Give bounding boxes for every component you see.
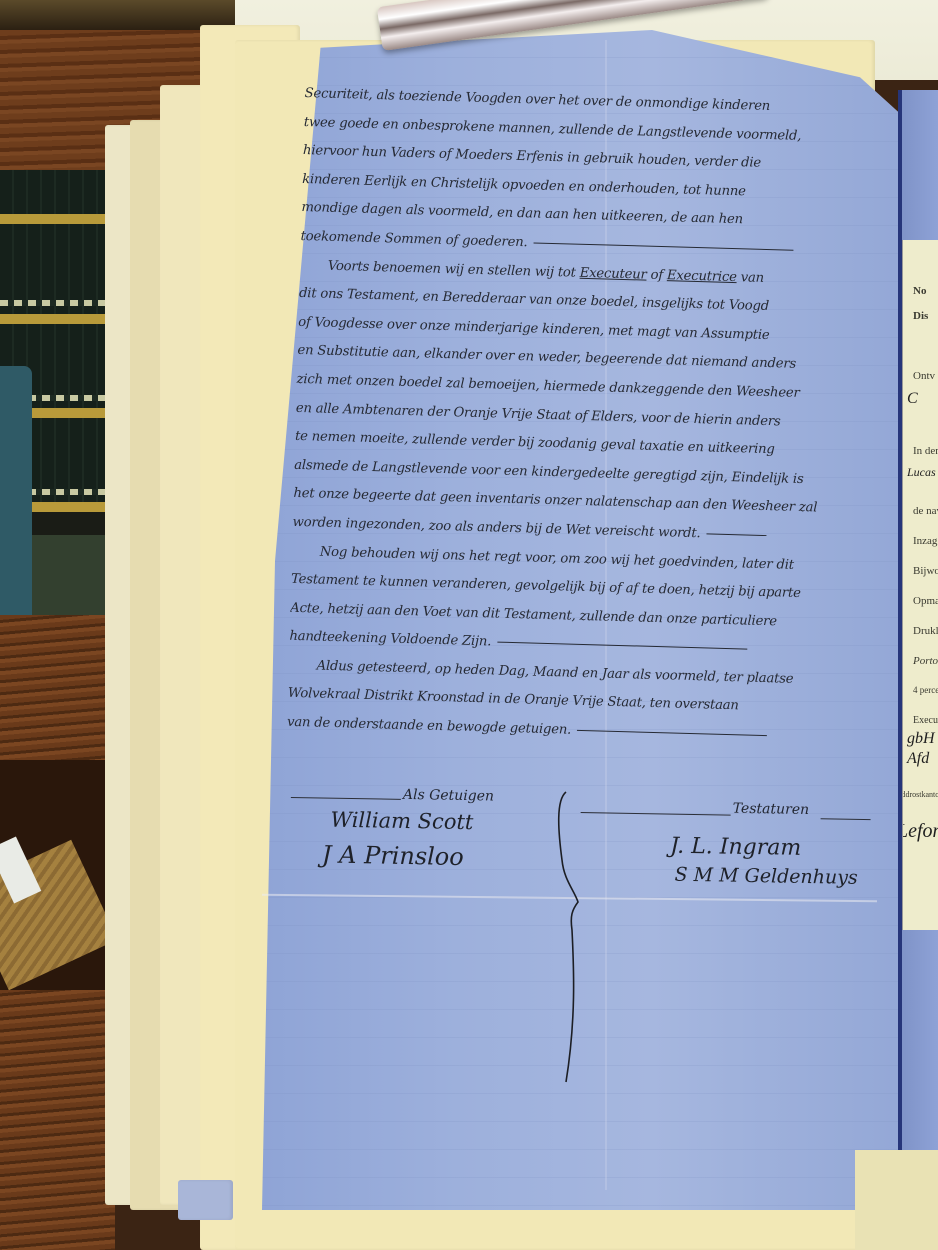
form-fragment: In den — [913, 445, 938, 457]
witness-signature: William Scott — [330, 808, 473, 834]
text-segment: van de onderstaande en bewogde getuigen. — [287, 715, 571, 738]
text-segment: handteekening Voldoende Zijn. — [289, 629, 491, 650]
text-segment: worden ingezonden, zoo als anders bij de… — [292, 515, 700, 541]
form-fragment: Inzag — [913, 535, 937, 547]
testament-text: Securiteit, als toeziende Voogden over h… — [287, 80, 880, 753]
line-filler — [533, 242, 793, 250]
form-fragment: Opmak — [913, 595, 938, 607]
form-fragment: 4 percent — [913, 685, 938, 695]
testators-label: Testaturen — [733, 801, 810, 818]
witness-signature: J A Prinsloo — [322, 840, 464, 870]
blue-page-corner — [178, 1180, 233, 1220]
adjacent-printed-form: No Dis Ontv C In den Lucas de nav Inzag … — [902, 240, 938, 930]
form-fragment: No — [913, 285, 926, 297]
line-filler — [577, 730, 767, 736]
form-handwriting: gbH — [907, 730, 935, 748]
text-segment: Voorts benoemen wij en stellen wij tot E… — [328, 258, 765, 285]
underlined-term: Executeur — [580, 265, 647, 282]
form-handwriting: Lucas — [907, 465, 936, 480]
text-segment: toekomende Sommen of goederen. — [300, 229, 527, 250]
curly-brace-icon — [552, 790, 582, 1085]
rule — [581, 812, 731, 816]
line-filler — [497, 642, 747, 650]
line-filler — [706, 533, 766, 536]
photo-scene: Securiteit, als toeziende Voogden over h… — [0, 0, 938, 1250]
rule — [291, 797, 401, 800]
form-handwriting: Afd — [907, 750, 929, 768]
adjacent-cream-page — [855, 1150, 938, 1250]
underlined-term: Executrice — [667, 268, 737, 285]
form-fragment: Dis — [913, 310, 928, 322]
form-handwriting: Lefon — [902, 820, 938, 843]
form-fragment: Druklo — [913, 625, 938, 637]
form-fragment: de nav — [913, 505, 938, 517]
testator-signature: S M M Geldenhuys — [674, 864, 858, 889]
form-fragment: Executeurs — [913, 715, 938, 726]
form-fragment: Porto, 2 — [913, 655, 938, 667]
form-fragment: Landdrostkantoor — [902, 790, 938, 799]
rule — [821, 818, 871, 820]
testator-signature: J. L. Ingram — [670, 834, 802, 861]
witnesses-label: Als Getuigen — [403, 787, 494, 805]
chair — [0, 366, 32, 616]
form-fragment: Ontv — [913, 370, 935, 382]
form-fragment: Bijwo — [913, 565, 938, 577]
form-handwriting: C — [907, 390, 918, 408]
